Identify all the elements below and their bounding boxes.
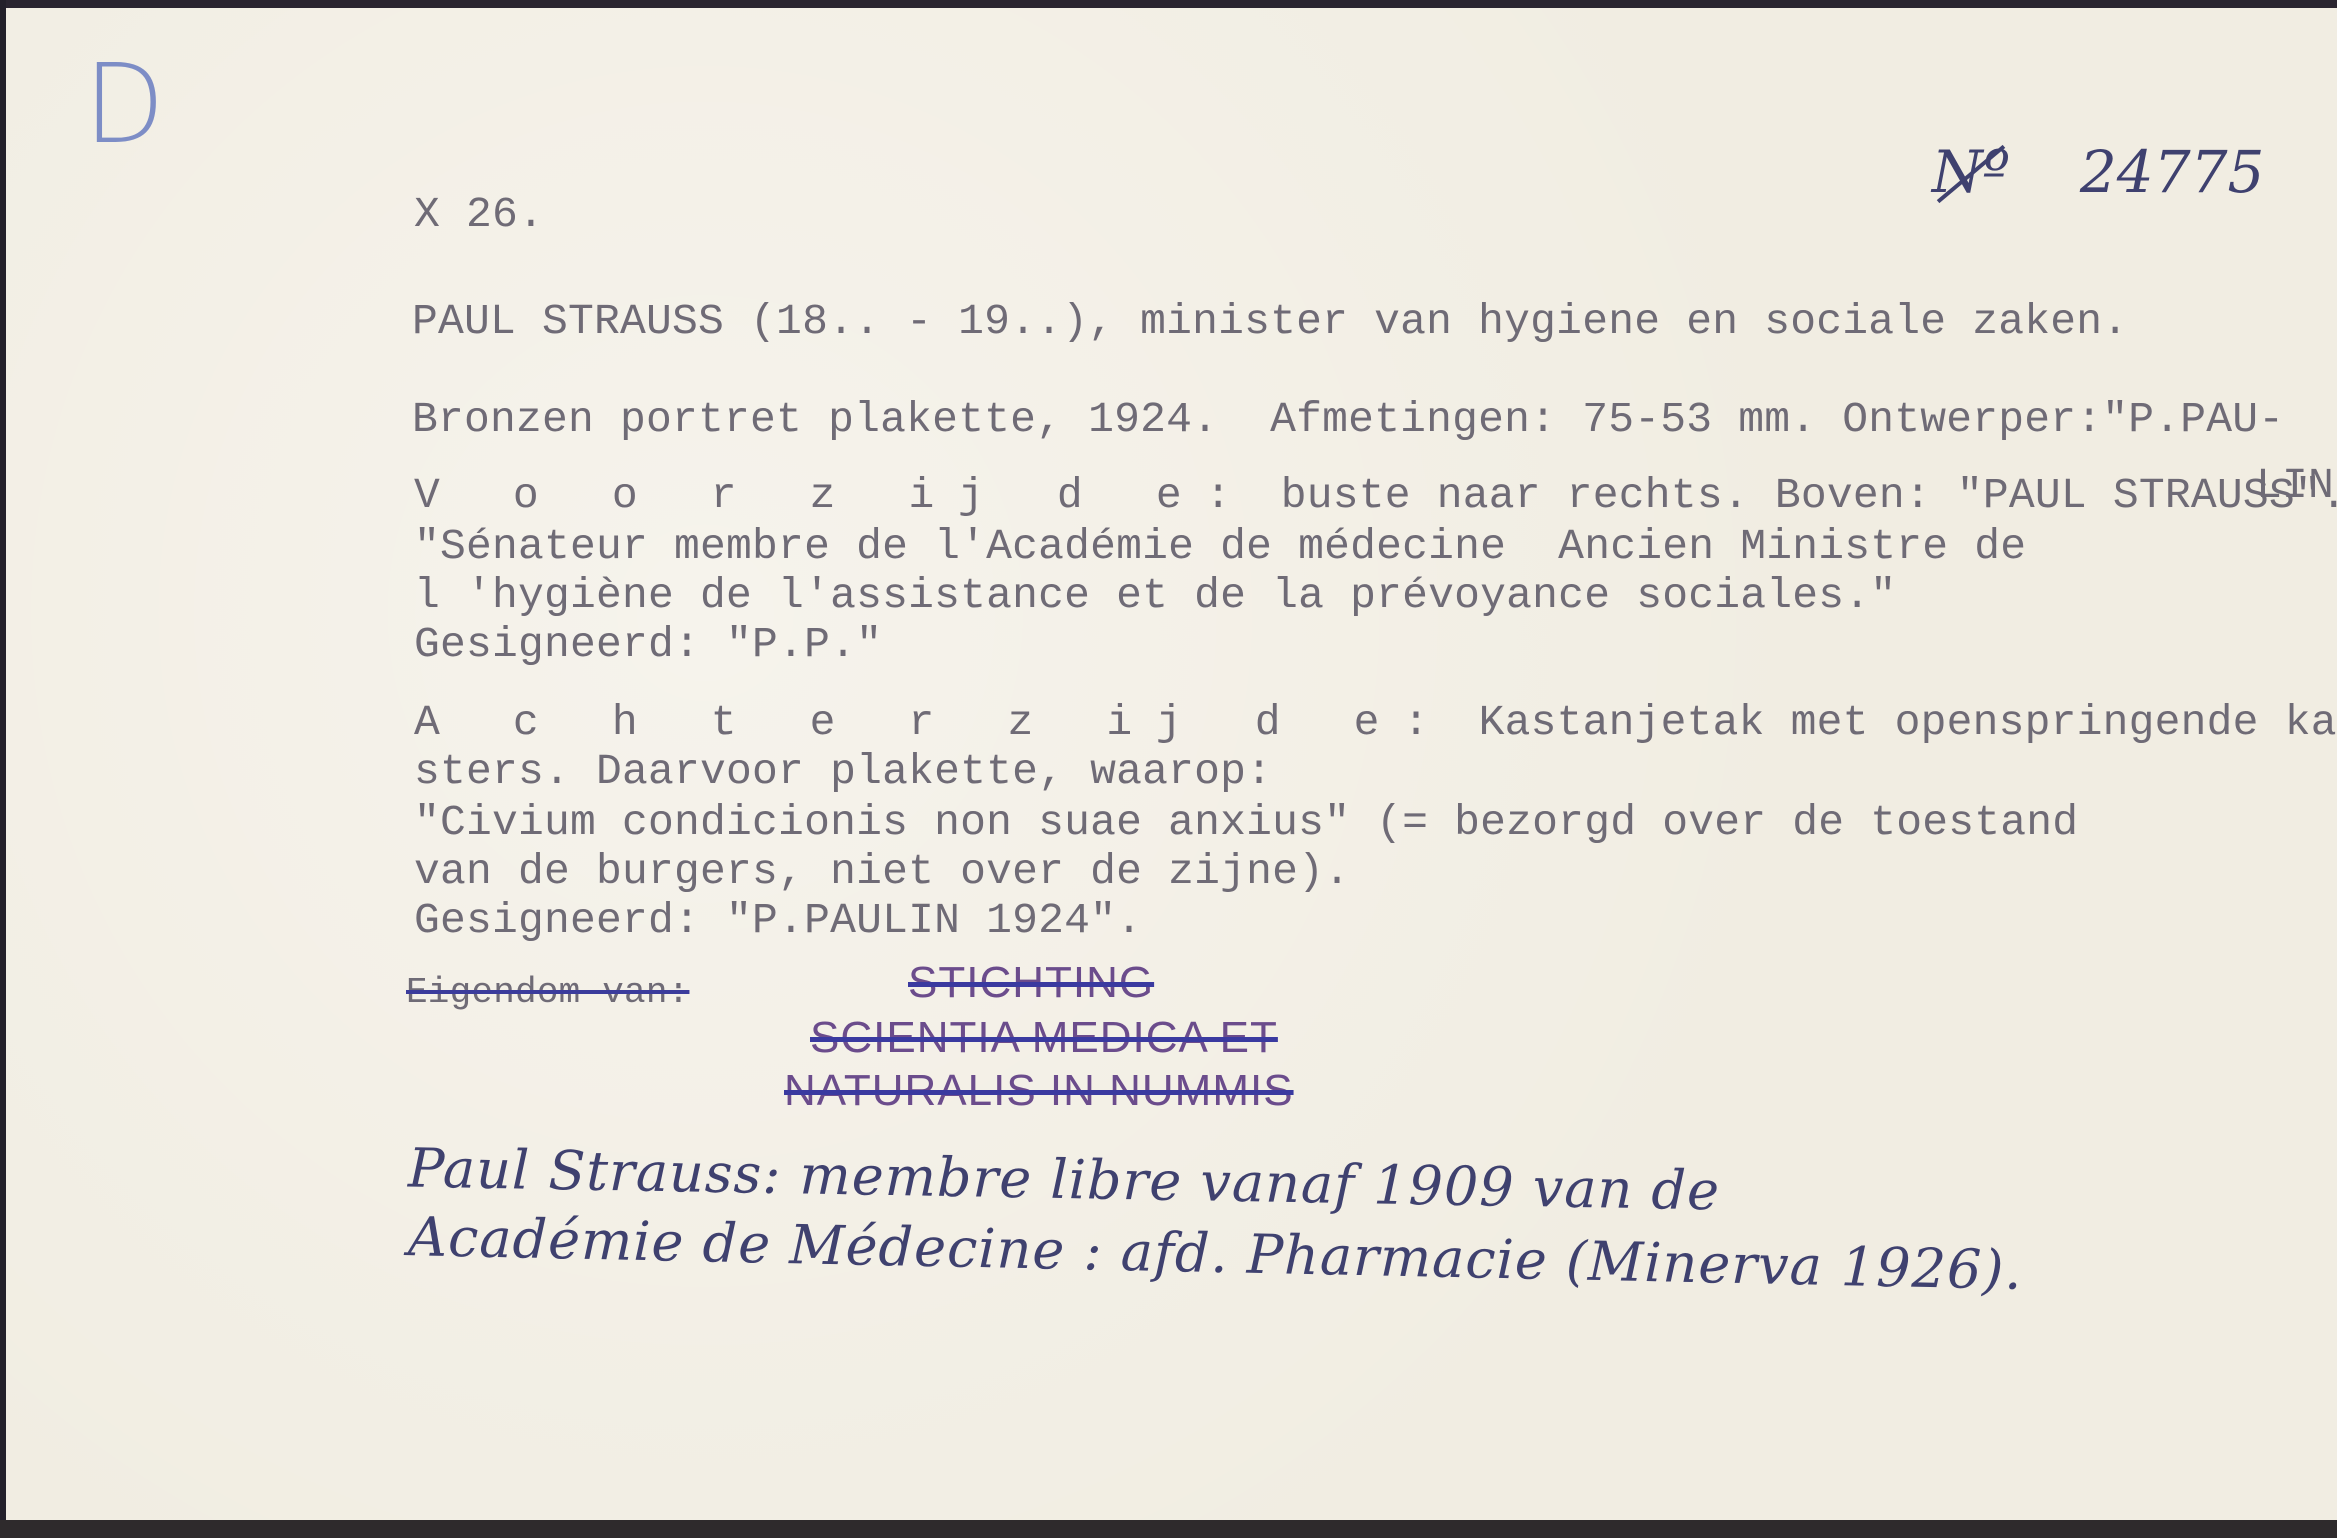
description-line: Bronzen portret plakette, 1924. Afmeting… [412, 395, 2284, 444]
pencil-letter: D [84, 40, 164, 168]
obverse-line-2: "Sénateur membre de l'Académie de médeci… [414, 522, 2026, 571]
scan-bottom-edge [0, 1520, 2337, 1538]
reverse-line-3: "Civium condicionis non suae anxius" (= … [414, 798, 2078, 847]
stamp-line-2: SCIENTIA MEDICA ET [810, 1013, 1278, 1063]
obverse-line-3: l 'hygiène de l'assistance et de la prév… [414, 571, 1896, 620]
title-line: PAUL STRAUSS (18.. - 19..), minister van… [412, 297, 2128, 346]
reverse-label: A c h t e r z ij d e: [414, 698, 1453, 747]
obverse-line-4: Gesigneerd: "P.P." [414, 620, 882, 669]
obverse-line-1: V o o r z ij d e: buste naar rechts. Bov… [414, 471, 2337, 520]
reverse-line-2: sters. Daarvoor plakette, waarop: [414, 747, 1272, 796]
reference-number-value: 24775 [2080, 138, 2265, 206]
reverse-line-5: Gesigneerd: "P.PAULIN 1924". [414, 896, 1142, 945]
stamp-line-3: NATURALIS IN NUMMIS [784, 1066, 1294, 1116]
reverse-line-1: A c h t e r z ij d e: Kastanjetak met op… [414, 698, 2337, 747]
stamp-line-1: STICHTING [908, 958, 1154, 1008]
catalog-number: X 26. [414, 190, 544, 239]
ownership-label: Eigendom van: [406, 968, 689, 1017]
struck-mark: Nº [1932, 138, 2010, 206]
reference-number: Nº24775 [1895, 70, 2264, 206]
reverse-line-4: van de burgers, niet over de zijne). [414, 847, 1350, 896]
obverse-label: V o o r z ij d e: [414, 471, 1255, 520]
